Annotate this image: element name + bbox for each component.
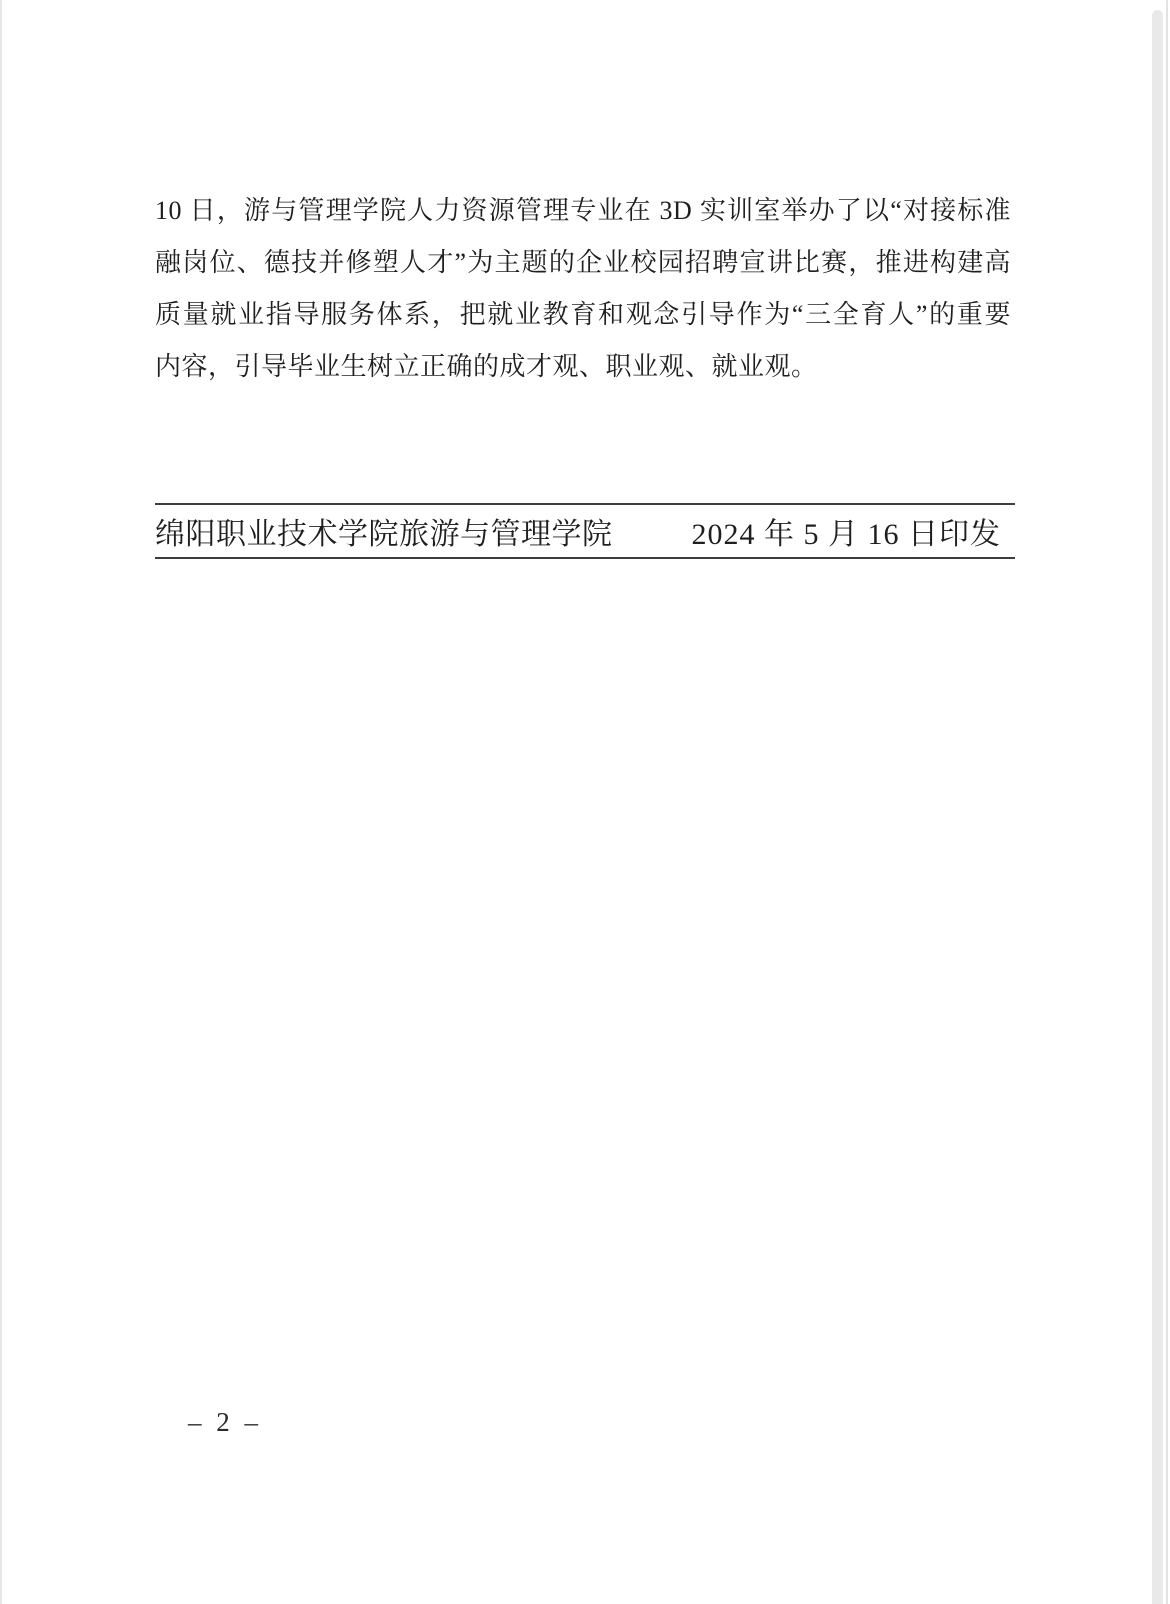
body-paragraph: 10 日，游与管理学院人力资源管理专业在 3D 实训室举办了以“对接标准 融岗位…	[155, 185, 1011, 393]
footer-print-date: 2024 年 5 月 16 日印发	[692, 509, 1016, 553]
footer-imprint-block: 绵阳职业技术学院旅游与管理学院 2024 年 5 月 16 日印发	[155, 503, 1015, 559]
scrollbar-thumb[interactable]	[1152, 10, 1163, 1604]
page-number: – 2 –	[188, 1407, 262, 1438]
paragraph-line: 内容，引导毕业生树立正确的成才观、职业观、就业观。	[155, 341, 1011, 393]
paragraph-line: 质量就业指导服务体系，把就业教育和观念引导作为“三全育人”的重要	[155, 289, 1011, 341]
page-right-edge	[1166, 0, 1168, 1604]
paragraph-line: 10 日，游与管理学院人力资源管理专业在 3D 实训室举办了以“对接标准	[155, 185, 1011, 237]
document-page: 10 日，游与管理学院人力资源管理专业在 3D 实训室举办了以“对接标准 融岗位…	[0, 0, 1170, 1604]
footer-issuer-name: 绵阳职业技术学院旅游与管理学院	[155, 509, 613, 553]
page-left-edge	[0, 0, 2, 1604]
paragraph-line: 融岗位、德技并修塑人才”为主题的企业校园招聘宣讲比赛，推进构建高	[155, 237, 1011, 289]
